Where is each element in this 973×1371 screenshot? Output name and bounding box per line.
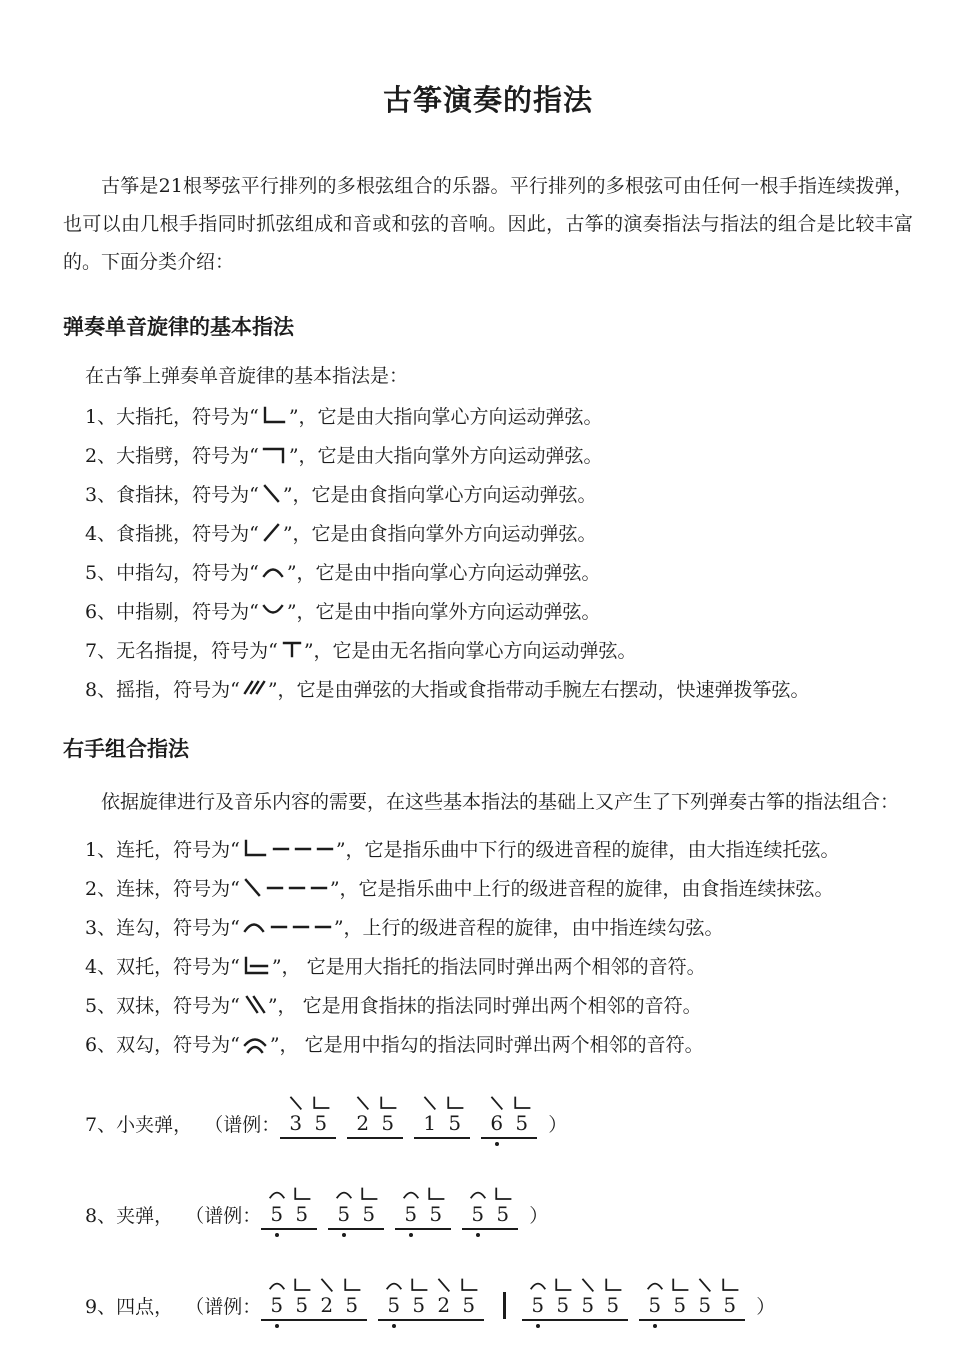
note: 5 xyxy=(550,1276,575,1317)
gou-icon xyxy=(335,1187,353,1202)
fingering-item: 4、双托，符号为“”， 它是用大指托的指法同时弹出两个相邻的音符。 xyxy=(63,954,913,980)
note: 5 xyxy=(398,1185,423,1226)
item-text-post: ”，它是由无名指向掌心方向运动弹弦。 xyxy=(304,640,637,662)
tuo-icon xyxy=(409,1278,429,1293)
note-number: 5 xyxy=(270,1202,283,1226)
note: 2 xyxy=(350,1094,375,1135)
note-number: 5 xyxy=(673,1293,686,1317)
symbol-group xyxy=(242,956,270,976)
note: 5 xyxy=(456,1276,481,1317)
note-number: 5 xyxy=(270,1293,283,1317)
beamed-notes: 5525 xyxy=(378,1276,484,1321)
fingering-item: 1、大指托，符号为“”，它是由大指向掌心方向运动弹弦。 xyxy=(63,404,913,430)
dash-icon xyxy=(288,878,306,898)
item-number: 2、 xyxy=(85,443,116,469)
gou-icon xyxy=(402,1187,420,1202)
note-number: 5 xyxy=(381,1111,394,1135)
note-group: 15 xyxy=(414,1094,470,1149)
dash-icon xyxy=(270,917,288,937)
fingering-item: 7、无名指提，符号为“”，它是由无名指向掌心方向运动弹弦。 xyxy=(63,638,913,664)
note-number: 3 xyxy=(289,1111,302,1135)
note: 2 xyxy=(431,1276,456,1317)
note: 5 xyxy=(381,1276,406,1317)
low-octave-dot xyxy=(275,1233,279,1237)
note: 5 xyxy=(264,1185,289,1226)
item-text-pre: 连抹，符号为“ xyxy=(116,878,240,900)
dash-icon xyxy=(314,917,332,937)
beamed-notes: 5555 xyxy=(639,1276,745,1321)
beamed-notes: 55 xyxy=(328,1185,384,1230)
basic-fingering-list: 1、大指托，符号为“”，它是由大指向掌心方向运动弹弦。2、大指劈，符号为“”，它… xyxy=(63,404,913,703)
note-number: 5 xyxy=(345,1293,358,1317)
mo-icon xyxy=(261,484,281,504)
gou-icon xyxy=(646,1278,664,1293)
note-number: 5 xyxy=(471,1202,484,1226)
tuo-icon xyxy=(493,1187,513,1202)
note: 5 xyxy=(442,1094,467,1135)
note: 5 xyxy=(525,1276,550,1317)
tuo-icon xyxy=(359,1187,379,1202)
item-number: 8、 xyxy=(85,1201,116,1228)
symbol-group xyxy=(261,484,281,504)
note: 6 xyxy=(484,1094,509,1135)
dash-icon xyxy=(310,878,328,898)
gou-icon xyxy=(469,1187,487,1202)
item-text-post: ”，它是由中指向掌心方向运动弹弦。 xyxy=(287,562,601,584)
tuo-icon xyxy=(553,1278,573,1293)
section2-intro: 依据旋律进行及音乐内容的需要，在这些基本指法的基础上又产生了下列弹奏古筝的指法组… xyxy=(63,783,913,821)
mo-icon xyxy=(422,1096,437,1111)
item-number: 3、 xyxy=(85,482,116,508)
item-number: 1、 xyxy=(85,404,116,430)
note: 5 xyxy=(356,1185,381,1226)
note-group: 55 xyxy=(462,1185,518,1240)
fingering-item: 8、摇指，符号为“”，它是由弹弦的大指或食指带动手腕左右摆动，快速弹拨筝弦。 xyxy=(63,677,913,703)
beamed-notes: 55 xyxy=(395,1185,451,1230)
note-number: 5 xyxy=(462,1293,475,1317)
item-number: 8、 xyxy=(85,677,116,703)
dash-icon xyxy=(272,839,290,859)
note: 5 xyxy=(331,1185,356,1226)
tuo-icon xyxy=(426,1187,446,1202)
item-number: 3、 xyxy=(85,915,116,941)
gou-icon xyxy=(268,1187,286,1202)
item-text-pre: 中指剔，符号为“ xyxy=(116,601,259,623)
mo-icon xyxy=(580,1278,595,1293)
note-number: 2 xyxy=(320,1293,333,1317)
fingering-item: 6、中指剔，符号为“”，它是由中指向掌外方向运动弹弦。 xyxy=(63,599,913,625)
note-number: 5 xyxy=(531,1293,544,1317)
symbol-group xyxy=(261,445,287,465)
note-group: 35 xyxy=(280,1094,336,1149)
item-text-pre: 连勾，符号为“ xyxy=(116,917,240,939)
item-text-pre: 大指托，符号为“ xyxy=(116,406,259,428)
note-number: 5 xyxy=(362,1202,375,1226)
note-group: 5525 xyxy=(378,1276,484,1331)
note: 5 xyxy=(509,1094,534,1135)
note-number: 5 xyxy=(295,1293,308,1317)
symbol-group xyxy=(242,995,266,1015)
note: 3 xyxy=(283,1094,308,1135)
item-text-pre: 双勾，符号为“ xyxy=(116,1034,240,1056)
pi-icon xyxy=(261,445,287,465)
symbol-group xyxy=(261,406,287,426)
item-text-pre: 无名指提，符号为“ xyxy=(116,640,278,662)
notation-label: 四点， xyxy=(116,1292,185,1319)
page-title: 古筝演奏的指法 xyxy=(63,78,913,119)
tuo-icon xyxy=(459,1278,479,1293)
fingering-item: 5、中指勾，符号为“”，它是由中指向掌心方向运动弹弦。 xyxy=(63,560,913,586)
note-group: 5555 xyxy=(522,1276,628,1331)
ding-icon xyxy=(280,640,302,660)
ti-icon xyxy=(261,601,285,621)
barline-icon xyxy=(503,1292,506,1319)
note: 5 xyxy=(490,1185,515,1226)
low-octave-dot xyxy=(653,1324,657,1328)
item-number: 9、 xyxy=(85,1292,116,1319)
note-number: 5 xyxy=(295,1202,308,1226)
mo-icon xyxy=(489,1096,504,1111)
fingering-item: 3、连勾，符号为“”，上行的级进音程的旋律，由中指连续勾弦。 xyxy=(63,915,913,941)
fingering-item: 5、双抹，符号为“”， 它是用食指抹的指法同时弹出两个相邻的音符。 xyxy=(63,993,913,1019)
note: 5 xyxy=(339,1276,364,1317)
mo-icon xyxy=(355,1096,370,1111)
note-number: 2 xyxy=(356,1111,369,1135)
fingering-item: 3、食指抹，符号为“”，它是由食指向掌心方向运动弹弦。 xyxy=(63,482,913,508)
tuo-icon xyxy=(512,1096,532,1111)
note: 5 xyxy=(575,1276,600,1317)
notation-label: 夹弹， xyxy=(116,1201,185,1228)
note-number: 1 xyxy=(423,1111,436,1135)
symbol-group xyxy=(242,839,334,859)
mo-icon xyxy=(319,1278,334,1293)
note: 5 xyxy=(717,1276,742,1317)
dash-icon xyxy=(294,839,312,859)
dash-icon xyxy=(292,917,310,937)
note-number: 5 xyxy=(337,1202,350,1226)
low-octave-dot xyxy=(392,1324,396,1328)
beamed-notes: 35 xyxy=(280,1094,336,1139)
notation-item: 7、小夹弹， （谱例：35251565） xyxy=(63,1094,913,1149)
notation-prefix: （谱例： xyxy=(185,1201,261,1228)
notation-examples: 7、小夹弹， （谱例：35251565）8、夹弹， （谱例：55555555）9… xyxy=(63,1094,913,1331)
note-number: 5 xyxy=(404,1202,417,1226)
item-number: 6、 xyxy=(85,599,116,625)
item-text-pre: 食指抹，符号为“ xyxy=(116,484,259,506)
gou-icon xyxy=(261,562,285,582)
note-number: 5 xyxy=(698,1293,711,1317)
low-octave-dot xyxy=(275,1324,279,1328)
beamed-notes: 65 xyxy=(481,1094,537,1139)
tuo-icon xyxy=(670,1278,690,1293)
item-text-post: ”，它是由食指向掌外方向运动弹弦。 xyxy=(283,523,597,545)
symbol-group xyxy=(242,679,266,699)
tuo-icon xyxy=(292,1278,312,1293)
combined-fingering-list: 1、连托，符号为“”，它是指乐曲中下行的级进音程的旋律，由大指连续托弦。2、连抹… xyxy=(63,837,913,1058)
item-number: 7、 xyxy=(85,1110,116,1137)
intro-paragraph: 古筝是21根琴弦平行排列的多根弦组合的乐器。平行排列的多根弦可由任何一根手指连续… xyxy=(63,167,913,281)
note: 5 xyxy=(692,1276,717,1317)
note: 1 xyxy=(417,1094,442,1135)
item-text-pre: 连托，符号为“ xyxy=(116,839,240,861)
low-octave-dot xyxy=(495,1142,499,1146)
note: 5 xyxy=(264,1276,289,1317)
item-text-pre: 双抹，符号为“ xyxy=(116,995,240,1017)
note: 5 xyxy=(289,1276,314,1317)
note-group: 5525 xyxy=(261,1276,367,1331)
note-number: 6 xyxy=(490,1111,503,1135)
notation-item: 9、四点， （谱例：5525552555555555） xyxy=(63,1276,913,1331)
item-text-post: ”，它是指乐曲中上行的级进音程的旋律，由食指连续抹弦。 xyxy=(330,878,834,900)
tuo-icon xyxy=(342,1278,362,1293)
beamed-notes: 5525 xyxy=(261,1276,367,1321)
item-text-post: ”， 它是用食指抹的指法同时弹出两个相邻的音符。 xyxy=(268,995,702,1017)
note: 2 xyxy=(314,1276,339,1317)
note: 5 xyxy=(465,1185,490,1226)
section1-intro: 在古筝上弹奏单音旋律的基本指法是： xyxy=(63,361,913,388)
symbol-group xyxy=(280,640,302,660)
mo-icon xyxy=(288,1096,303,1111)
document-page: 古筝演奏的指法 古筝是21根琴弦平行排列的多根弦组合的乐器。平行排列的多根弦可由… xyxy=(0,0,973,1371)
fingering-item: 1、连托，符号为“”，它是指乐曲中下行的级进音程的旋律，由大指连续托弦。 xyxy=(63,837,913,863)
note-number: 5 xyxy=(556,1293,569,1317)
note-group: 55 xyxy=(328,1185,384,1240)
item-number: 4、 xyxy=(85,521,116,547)
tuo-icon xyxy=(292,1187,312,1202)
item-text-post: ”，它是由中指向掌外方向运动弹弦。 xyxy=(287,601,601,623)
note: 5 xyxy=(600,1276,625,1317)
note: 5 xyxy=(423,1185,448,1226)
note-number: 5 xyxy=(448,1111,461,1135)
note-group: 65 xyxy=(481,1094,537,1149)
mo-icon xyxy=(436,1278,451,1293)
gou-icon xyxy=(529,1278,547,1293)
note-group: 25 xyxy=(347,1094,403,1149)
item-text-post: ”，它是由大指向掌外方向运动弹弦。 xyxy=(289,445,603,467)
note-number: 5 xyxy=(581,1293,594,1317)
note-number: 5 xyxy=(515,1111,528,1135)
gou-icon xyxy=(242,917,266,937)
symbol-group xyxy=(242,878,328,898)
notation-item: 8、夹弹， （谱例：55555555） xyxy=(63,1185,913,1240)
fingering-item: 2、大指劈，符号为“”，它是由大指向掌外方向运动弹弦。 xyxy=(63,443,913,469)
item-text-post: ”， 它是用大指托的指法同时弹出两个相邻的音符。 xyxy=(272,956,706,978)
note-number: 5 xyxy=(723,1293,736,1317)
gou-icon xyxy=(385,1278,403,1293)
symbol-group xyxy=(261,562,285,582)
item-number: 4、 xyxy=(85,954,116,980)
symbol-group xyxy=(242,1034,268,1054)
notation-label: 小夹弹， xyxy=(116,1110,204,1137)
beamed-notes: 55 xyxy=(462,1185,518,1230)
item-text-post: ”，它是由弹弦的大指或食指带动手腕左右摆动，快速弹拨筝弦。 xyxy=(268,679,810,701)
item-text-post: ”，它是指乐曲中下行的级进音程的旋律，由大指连续托弦。 xyxy=(336,839,840,861)
note-number: 2 xyxy=(437,1293,450,1317)
item-text-post: ”，它是由大指向掌心方向运动弹弦。 xyxy=(289,406,603,428)
item-number: 2、 xyxy=(85,876,116,902)
low-octave-dot xyxy=(342,1233,346,1237)
tuo-icon xyxy=(720,1278,740,1293)
note-group: 55 xyxy=(261,1185,317,1240)
tuo-icon xyxy=(242,839,268,859)
notation-close: ） xyxy=(529,1201,548,1228)
item-text-pre: 中指勾，符号为“ xyxy=(116,562,259,584)
note-number: 5 xyxy=(412,1293,425,1317)
note: 5 xyxy=(289,1185,314,1226)
tuo-icon xyxy=(603,1278,623,1293)
tuo-icon xyxy=(261,406,287,426)
item-text-post: ”， 它是用中指勾的指法同时弹出两个相邻的音符。 xyxy=(270,1034,704,1056)
note: 5 xyxy=(375,1094,400,1135)
note-group: 5555 xyxy=(639,1276,745,1331)
gou-icon xyxy=(268,1278,286,1293)
notation-prefix: （谱例： xyxy=(204,1110,280,1137)
notation-prefix: （谱例： xyxy=(185,1292,261,1319)
shuang-gou-icon xyxy=(242,1034,268,1054)
tuo-icon xyxy=(311,1096,331,1111)
symbol-group xyxy=(261,523,281,543)
mo-icon xyxy=(242,878,262,898)
item-text-post: ”，它是由食指向掌心方向运动弹弦。 xyxy=(283,484,597,506)
item-text-pre: 食指挑，符号为“ xyxy=(116,523,259,545)
beamed-notes: 5555 xyxy=(522,1276,628,1321)
item-number: 6、 xyxy=(85,1032,116,1058)
item-text-post: ”，上行的级进音程的旋律，由中指连续勾弦。 xyxy=(334,917,724,939)
low-octave-dot xyxy=(409,1233,413,1237)
tuo-icon xyxy=(378,1096,398,1111)
shuang-mo-icon xyxy=(242,995,266,1015)
note-number: 5 xyxy=(648,1293,661,1317)
note: 5 xyxy=(642,1276,667,1317)
note-number: 5 xyxy=(496,1202,509,1226)
fingering-item: 4、食指挑，符号为“”，它是由食指向掌外方向运动弹弦。 xyxy=(63,521,913,547)
item-text-pre: 大指劈，符号为“ xyxy=(116,445,259,467)
note-number: 5 xyxy=(606,1293,619,1317)
note-group: 55 xyxy=(395,1185,451,1240)
note: 5 xyxy=(406,1276,431,1317)
fingering-item: 6、双勾，符号为“”， 它是用中指勾的指法同时弹出两个相邻的音符。 xyxy=(63,1032,913,1058)
symbol-group xyxy=(261,601,285,621)
notation-close: ） xyxy=(756,1292,775,1319)
note: 5 xyxy=(308,1094,333,1135)
item-text-pre: 摇指，符号为“ xyxy=(116,679,240,701)
low-octave-dot xyxy=(476,1233,480,1237)
section1-heading: 弹奏单音旋律的基本指法 xyxy=(63,311,913,341)
note-number: 5 xyxy=(387,1293,400,1317)
note: 5 xyxy=(667,1276,692,1317)
beamed-notes: 55 xyxy=(261,1185,317,1230)
beamed-notes: 25 xyxy=(347,1094,403,1139)
beamed-notes: 15 xyxy=(414,1094,470,1139)
tuo-icon xyxy=(445,1096,465,1111)
yao-icon xyxy=(242,679,266,699)
symbol-group xyxy=(242,917,332,937)
item-number: 7、 xyxy=(85,638,116,664)
item-number: 5、 xyxy=(85,993,116,1019)
item-number: 5、 xyxy=(85,560,116,586)
tiao-icon xyxy=(261,523,281,543)
section2-heading: 右手组合指法 xyxy=(63,733,913,763)
low-octave-dot xyxy=(536,1324,540,1328)
dash-icon xyxy=(316,839,334,859)
note-number: 5 xyxy=(314,1111,327,1135)
notation-close: ） xyxy=(548,1110,567,1137)
dash-icon xyxy=(266,878,284,898)
note-number: 5 xyxy=(429,1202,442,1226)
fingering-item: 2、连抹，符号为“”，它是指乐曲中上行的级进音程的旋律，由食指连续抹弦。 xyxy=(63,876,913,902)
item-number: 1、 xyxy=(85,837,116,863)
mo-icon xyxy=(697,1278,712,1293)
item-text-pre: 双托，符号为“ xyxy=(116,956,240,978)
shuang-tuo-icon xyxy=(242,956,270,976)
